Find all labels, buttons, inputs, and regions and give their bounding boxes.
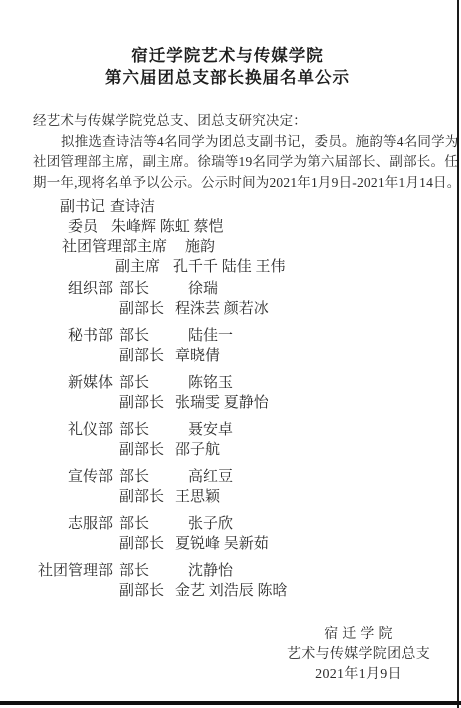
member-names: 程洙芸 颜若冰 [175,299,269,319]
department-block-club-management: 社团管理部 部长 沈静怡 副部长 金艺 刘浩辰 陈晗 [0,561,455,601]
dept-deputy-row: 副部长 夏锐峰 吴新茹 [33,534,455,554]
member-names: 邵子航 [175,440,220,460]
departments-list: 组织部 部长 徐瑞 副部长 程洙芸 颜若冰 秘书部 部长 陆佳一 [0,279,455,601]
position-label: 部长 [119,420,175,440]
document-title: 宿迁学院艺术与传媒学院 第六届团总支部长换届名单公示 [0,45,455,89]
position-label: 部长 [119,514,175,534]
member-names: 章晓倩 [175,346,220,366]
dept-head-row: 社团管理部 部长 沈静怡 [33,561,455,581]
dept-deputy-row: 副部长 邵子航 [33,440,455,460]
dept-head-row: 宣传部 部长 高红豆 [33,467,455,487]
position-label: 副部长 [119,440,175,460]
member-names: 陆佳一 [188,326,233,346]
position-label: 部长 [119,279,175,299]
role-label: 社团管理部主席 [62,237,167,257]
position-label: 副部长 [119,487,175,507]
scan-page-edge-right [457,0,459,708]
member-names: 张子欣 [188,514,233,534]
position-label: 副部长 [119,393,175,413]
role-label: 委员 [68,217,98,237]
department-block-organization: 组织部 部长 徐瑞 副部长 程洙芸 颜若冰 [0,279,455,319]
department-block-new-media: 新媒体 部长 陈铭玉 副部长 张瑞雯 夏静怡 [0,373,455,413]
body-paragraph: 经艺术与传媒学院党总支、团总支研究决定： 拟推选查诗洁等4名同学为团总支副书记，… [33,111,455,193]
signature-block: 宿 迁 学 院 艺术与传媒学院团总支 2021年1月9日 [287,625,430,685]
body-line: 社团管理部主席，副主席。徐瑞等19名同学为第六届部长、副部长。任 [33,152,455,173]
member-names: 张瑞雯 夏静怡 [175,393,269,413]
member-names: 夏锐峰 吴新茹 [175,534,269,554]
member-names: 徐瑞 [188,279,218,299]
role-label: 副书记 [60,197,105,217]
dept-name-spacer [33,346,113,366]
position-label: 副部长 [119,346,175,366]
department-block-etiquette: 礼仪部 部长 聂安卓 副部长 邵子航 [0,420,455,460]
role-names: 孔千千 陆佳 王伟 [173,257,286,277]
dept-name: 礼仪部 [33,420,113,440]
dept-deputy-row: 副部长 王思颖 [33,487,455,507]
position-label: 部长 [119,326,175,346]
dept-name-spacer [33,440,113,460]
position-label: 部长 [119,467,175,487]
dept-name: 社团管理部 [33,561,113,581]
member-names: 金艺 刘浩辰 陈晗 [175,581,288,601]
dept-head-row: 组织部 部长 徐瑞 [33,279,455,299]
department-block-volunteer: 志服部 部长 张子欣 副部长 夏锐峰 吴新茹 [0,514,455,554]
department-block-secretariat: 秘书部 部长 陆佳一 副部长 章晓倩 [0,326,455,366]
dept-name-spacer [33,487,113,507]
dept-head-row: 志服部 部长 张子欣 [33,514,455,534]
leader-row-club-president: 社团管理部主席 施韵 [62,237,455,257]
dept-name: 新媒体 [33,373,113,393]
member-names: 聂安卓 [188,420,233,440]
role-names: 朱峰辉 陈虹 蔡恺 [111,217,224,237]
signature-org-2: 艺术与传媒学院团总支 [287,645,430,665]
position-label: 副部长 [119,299,175,319]
dept-deputy-row: 副部长 张瑞雯 夏静怡 [33,393,455,413]
role-names: 查诗洁 [110,197,155,217]
dept-head-row: 礼仪部 部长 聂安卓 [33,420,455,440]
leader-row-club-vice-president: 副主席 孔千千 陆佳 王伟 [115,257,455,277]
dept-name: 志服部 [33,514,113,534]
title-line-1: 宿迁学院艺术与传媒学院 [0,45,455,67]
leaders-list: 副书记 查诗洁 委员 朱峰辉 陈虹 蔡恺 社团管理部主席 施韵 副主席 孔千千 … [0,197,455,277]
dept-deputy-row: 副部长 程洙芸 颜若冰 [33,299,455,319]
member-names: 沈静怡 [188,561,233,581]
dept-head-row: 秘书部 部长 陆佳一 [33,326,455,346]
document-content: 宿迁学院艺术与传媒学院 第六届团总支部长换届名单公示 经艺术与传媒学院党总支、团… [0,0,455,685]
member-names: 高红豆 [188,467,233,487]
scan-page-edge-bottom [0,701,461,705]
dept-name-spacer [33,534,113,554]
member-names: 王思颖 [175,487,220,507]
leader-row-deputy-secretary: 副书记 查诗洁 [60,197,455,217]
leader-row-committee: 委员 朱峰辉 陈虹 蔡恺 [68,217,455,237]
position-label: 副部长 [119,534,175,554]
intro-line: 经艺术与传媒学院党总支、团总支研究决定： [33,111,455,132]
dept-head-row: 新媒体 部长 陈铭玉 [33,373,455,393]
dept-name-spacer [33,393,113,413]
signature-org-1: 宿 迁 学 院 [287,625,430,645]
dept-name-spacer [33,581,113,601]
member-names: 陈铭玉 [188,373,233,393]
body-line: 拟推选查诗洁等4名同学为团总支副书记，委员。施韵等4名同学为 [33,132,455,153]
scanned-document-page: 宿迁学院艺术与传媒学院 第六届团总支部长换届名单公示 经艺术与传媒学院党总支、团… [0,0,461,708]
signature-date: 2021年1月9日 [287,665,430,685]
department-block-publicity: 宣传部 部长 高红豆 副部长 王思颖 [0,467,455,507]
dept-name: 组织部 [33,279,113,299]
dept-deputy-row: 副部长 章晓倩 [33,346,455,366]
role-label: 副主席 [115,257,160,277]
body-line: 期一年,现将名单予以公示。公示时间为2021年1月9日-2021年1月14日。 [33,173,455,194]
dept-name: 秘书部 [33,326,113,346]
position-label: 部长 [119,373,175,393]
role-names: 施韵 [185,237,215,257]
dept-deputy-row: 副部长 金艺 刘浩辰 陈晗 [33,581,455,601]
position-label: 部长 [119,561,175,581]
dept-name: 宣传部 [33,467,113,487]
position-label: 副部长 [119,581,175,601]
dept-name-spacer [33,299,113,319]
title-line-2: 第六届团总支部长换届名单公示 [0,67,455,89]
